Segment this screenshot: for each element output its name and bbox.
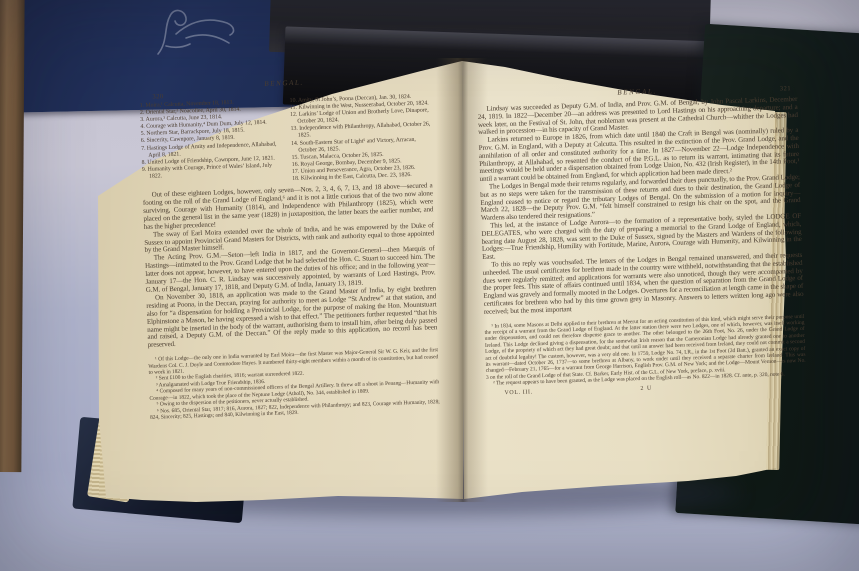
photo-open-book-scene: BENGAL. 320 1. Moira,¹ Calcutta, Novembe… (0, 0, 859, 571)
paragraph: On November 30, 1818, an application was… (146, 285, 438, 350)
cover-emblem-figure-icon (148, 2, 248, 64)
running-head-label: BENGAL. (617, 87, 657, 96)
left-page-text-block: BENGAL. 320 1. Moira,¹ Calcutta, Novembe… (139, 74, 440, 421)
footnotes-left: ¹ Of this Lodge—the only one in India wa… (148, 347, 440, 421)
right-page-text-block: BENGAL. 321 Lindsay was succeeded as Dep… (477, 83, 806, 398)
footnotes-right: ¹ In 1834, some Masons at Delhi applied … (484, 313, 806, 387)
footnote: ¹ In 1834, some Masons at Delhi applied … (484, 313, 806, 381)
folio-right: 321 (780, 85, 791, 92)
lodge-list-column-1: 1. Moira,¹ Calcutta, November 18, 1813. … (140, 98, 283, 188)
lodge-list-column-2: 10. Amity, St John’s, Poona (Deccan), Ja… (290, 93, 433, 183)
lodge-list: 1. Moira,¹ Calcutta, November 18, 1813. … (140, 93, 433, 188)
paragraph: To this no reply was vouchsafed. The let… (482, 252, 804, 317)
brown-book-spine-edge (0, 0, 25, 472)
